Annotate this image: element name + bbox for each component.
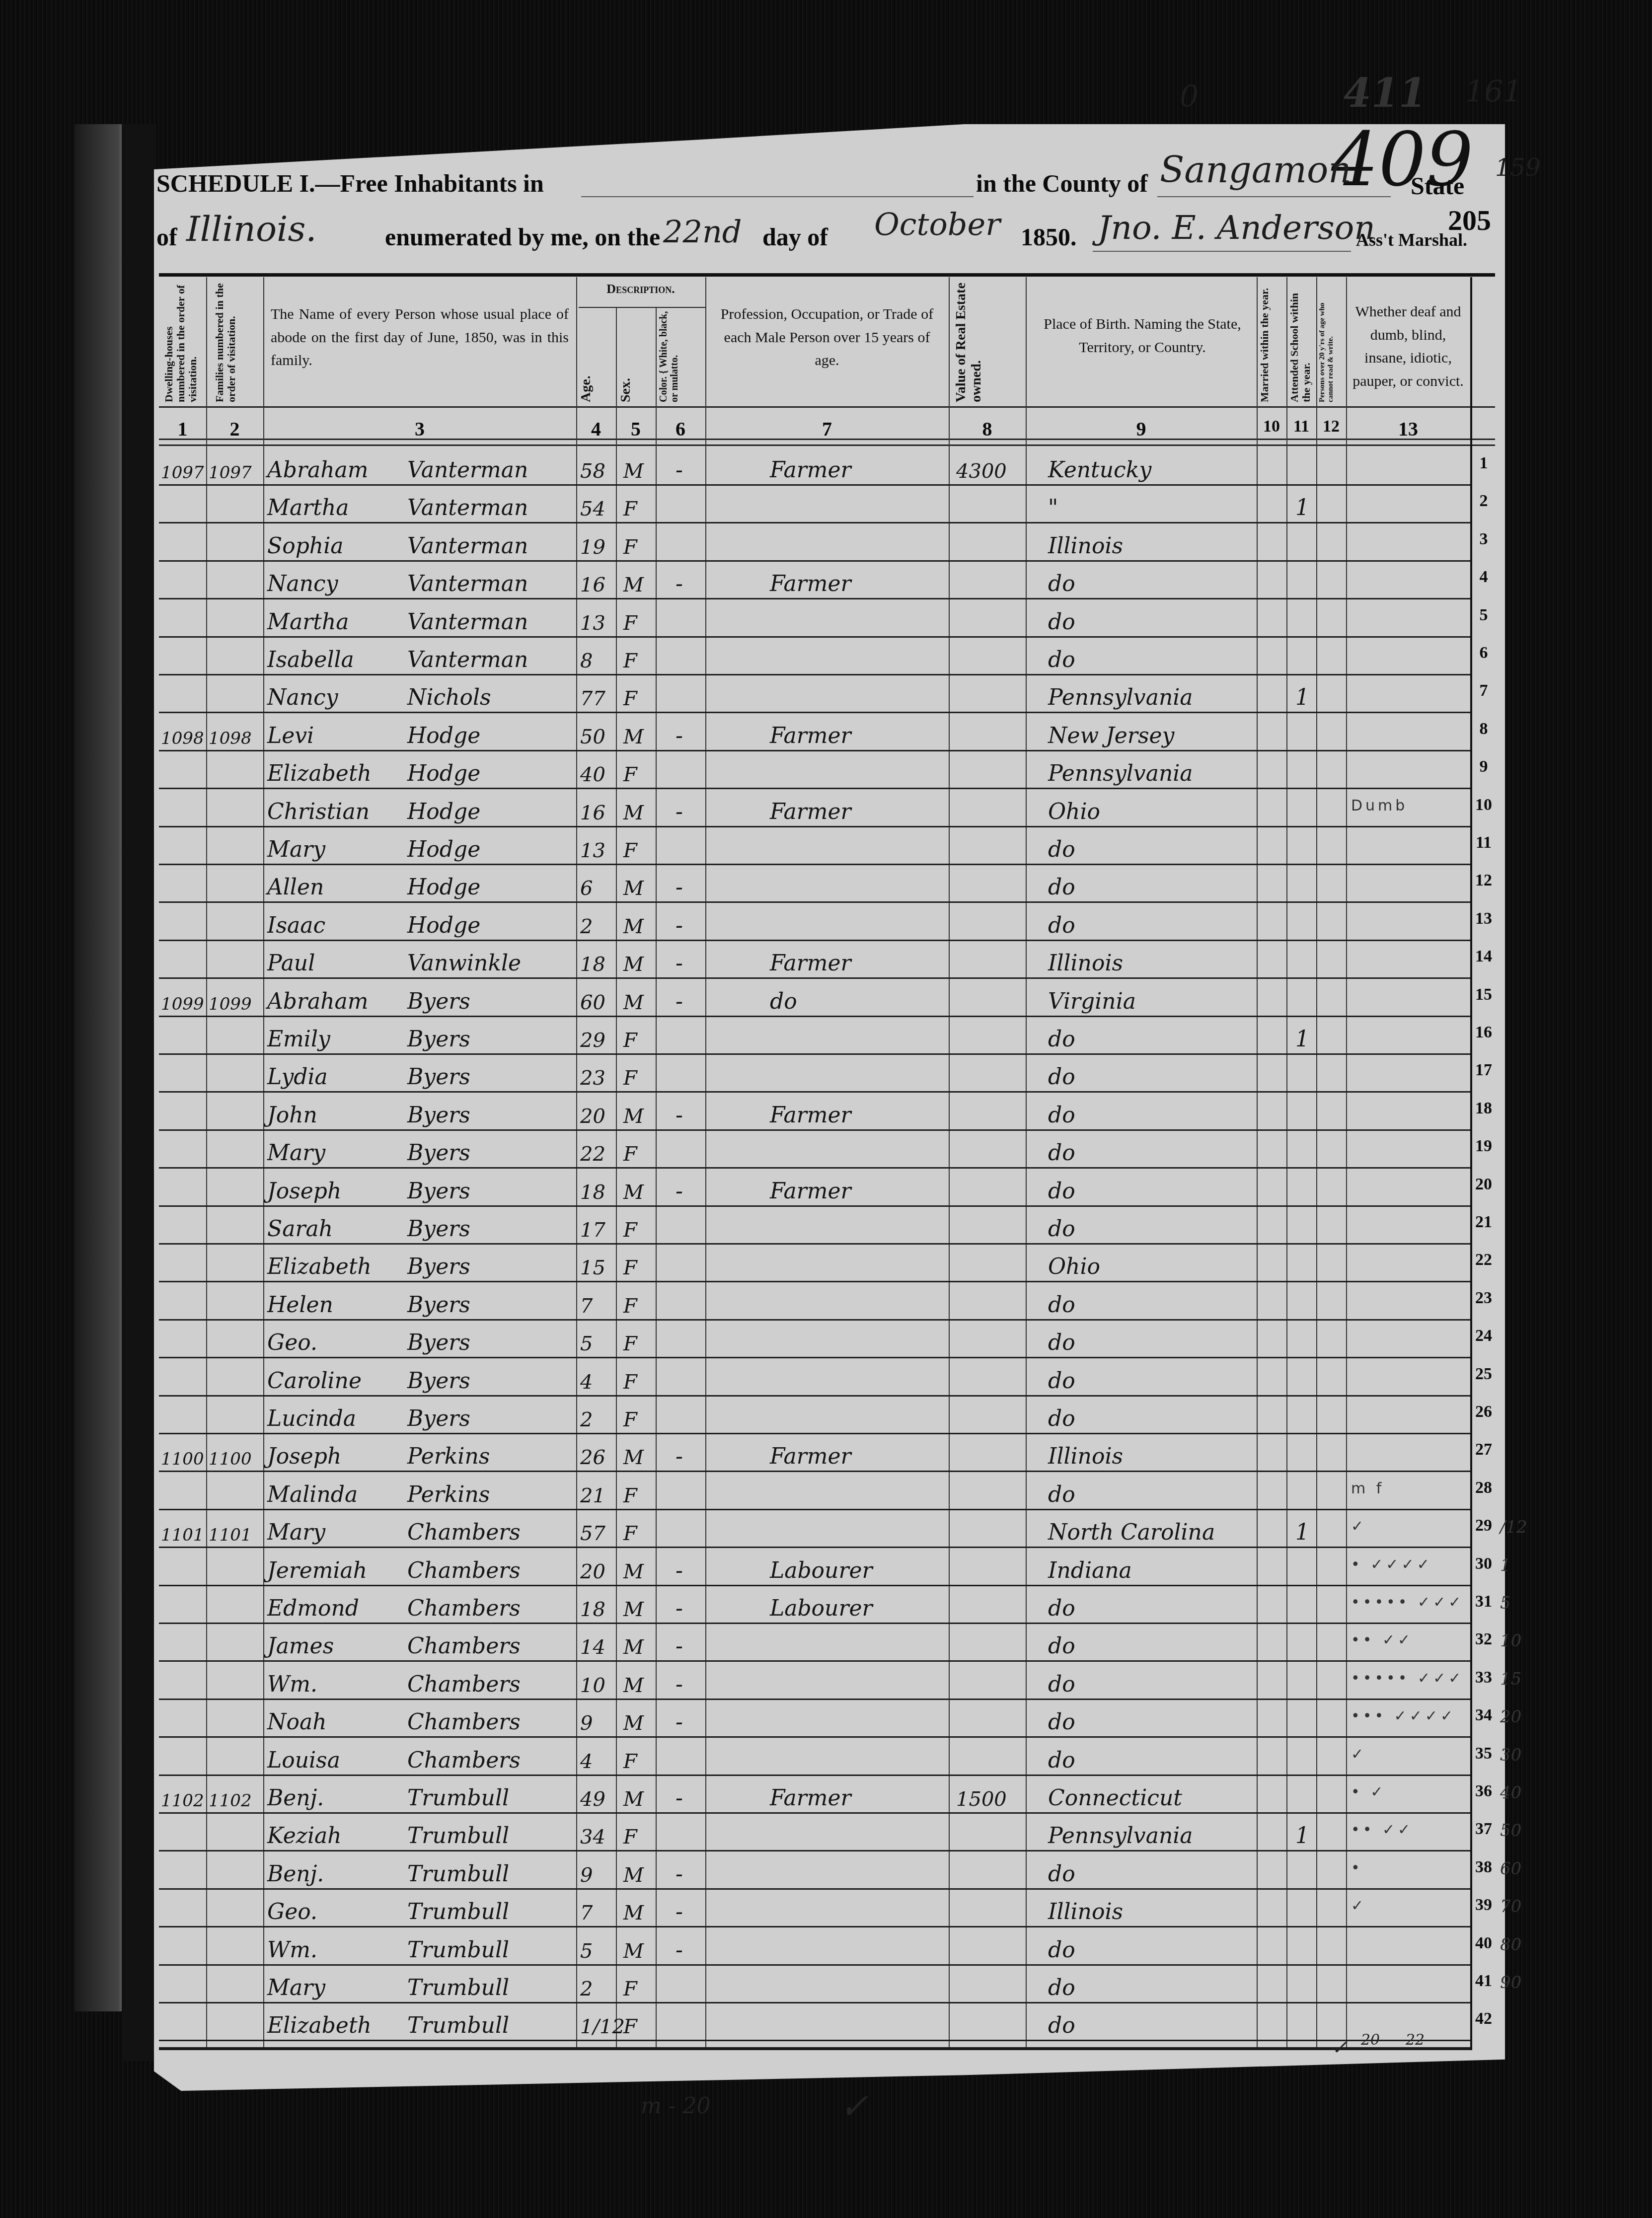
color: - (676, 457, 683, 483)
margin-tally: 30 (1500, 1745, 1521, 1765)
birthplace: do (1048, 1482, 1075, 1507)
color: - (676, 571, 683, 596)
sex: M (623, 915, 644, 938)
birthplace: Pennsylvania (1048, 1823, 1193, 1848)
school-mark: 1 (1295, 1027, 1309, 1052)
color: - (676, 1444, 683, 1469)
footer-checkmark: ✓ (839, 2086, 869, 2127)
occupation: Labourer (770, 1596, 873, 1621)
census-row: Elizabeth Byers 15 F Ohio 22 (159, 1245, 1495, 1282)
first-name: Mary (267, 837, 325, 862)
occupation: Farmer (770, 1444, 851, 1469)
age: 58 (580, 460, 605, 483)
faint-annotation: 0 (1180, 79, 1199, 114)
col-number: 6 (656, 417, 705, 441)
line-number: 31 (1471, 1592, 1496, 1611)
birthplace: do (1048, 1368, 1075, 1394)
surname: Chambers (407, 1672, 521, 1697)
surname: Byers (407, 1254, 470, 1279)
census-row: Mary Trumbull 2 F do 41 90 (159, 1966, 1495, 2003)
census-row: Isaac Hodge 2 M - do 13 (159, 903, 1495, 941)
color: - (676, 1672, 683, 1697)
first-name: Malinda (267, 1482, 358, 1507)
surname: Chambers (407, 1709, 521, 1735)
census-row: 1102 1102 Benj. Trumbull 49 M - Farmer 1… (159, 1776, 1495, 1814)
condition-entry: • ✓ (1351, 1783, 1386, 1801)
surname: Hodge (407, 837, 480, 862)
color: - (676, 951, 683, 976)
census-row: Helen Byers 7 F do 23 (159, 1283, 1495, 1321)
sex: F (623, 650, 637, 672)
family-number: 1100 (209, 1449, 252, 1469)
birthplace: do (1048, 1975, 1075, 2000)
line-number: 14 (1471, 947, 1496, 966)
census-row: Louisa Chambers 4 F do ✓ 35 30 (159, 1738, 1495, 1776)
surname: Vanterman (407, 609, 528, 635)
census-row: Allen Hodge 6 M - do 12 (159, 865, 1495, 903)
line-number: 19 (1471, 1137, 1496, 1156)
census-row: Joseph Byers 18 M - Farmer do 20 (159, 1169, 1495, 1207)
age: 49 (580, 1788, 605, 1811)
sex: M (623, 1560, 644, 1583)
first-name: Caroline (267, 1368, 362, 1394)
line-number: 40 (1471, 1934, 1496, 1953)
first-name: Benj. (267, 1861, 324, 1887)
census-row: Sophia Vanterman 19 F Illinois 3 (159, 524, 1495, 562)
of-label: of (156, 222, 177, 251)
line-number: 2 (1471, 492, 1496, 511)
sex: F (623, 839, 637, 862)
family-number: 1099 (209, 994, 252, 1014)
first-name: Nancy (267, 571, 338, 596)
surname: Trumbull (407, 1823, 509, 1848)
col-number: 13 (1346, 417, 1470, 441)
first-name: Mary (267, 1520, 325, 1545)
color: - (676, 1596, 683, 1621)
sex: M (623, 1105, 644, 1128)
birthplace: do (1048, 1406, 1075, 1431)
first-name: Sophia (267, 533, 343, 559)
birthplace: do (1048, 1179, 1075, 1204)
color: - (676, 1937, 683, 1963)
sex: M (623, 1674, 644, 1697)
age: 21 (580, 1484, 605, 1507)
first-name: Christian (267, 799, 370, 824)
surname: Trumbull (407, 1785, 509, 1811)
sex: M (623, 1712, 644, 1735)
occupation: do (770, 989, 797, 1014)
sex: M (623, 1598, 644, 1621)
color: - (676, 989, 683, 1014)
birthplace: Illinois (1048, 951, 1123, 976)
birthplace: do (1048, 571, 1075, 596)
age: 54 (580, 498, 605, 520)
birthplace: " (1048, 495, 1058, 520)
census-row: James Chambers 14 M - do •• ✓✓ 32 10 (159, 1624, 1495, 1662)
age: 4 (580, 1750, 593, 1773)
birthplace: New Jersey (1048, 723, 1174, 748)
census-row: Nancy Nichols 77 F Pennsylvania 1 7 (159, 675, 1495, 713)
census-row: Mary Byers 22 F do 19 (159, 1131, 1495, 1169)
sex: F (623, 612, 637, 635)
age: 29 (580, 1029, 605, 1052)
line-number: 33 (1471, 1668, 1496, 1687)
line-number: 32 (1471, 1630, 1496, 1649)
condition-entry: •• ✓✓ (1351, 1821, 1413, 1839)
age: 26 (580, 1446, 605, 1469)
surname: Chambers (407, 1520, 521, 1545)
age: 9 (580, 1712, 593, 1735)
first-name: Isaac (267, 913, 325, 938)
first-name: Martha (267, 495, 349, 520)
birthplace: do (1048, 2013, 1075, 2038)
surname: Hodge (407, 799, 480, 824)
margin-tally: 80 (1500, 1935, 1521, 1955)
surname: Chambers (407, 1596, 521, 1621)
col-header-birthplace: Place of Birth. Naming the State, Territ… (1033, 313, 1252, 359)
birthplace: Kentucky (1048, 457, 1151, 483)
binding-gutter (122, 124, 156, 2061)
enumerated-label: enumerated by me, on the (385, 222, 660, 251)
birthplace: Illinois (1048, 533, 1123, 559)
census-row: Sarah Byers 17 F do 21 (159, 1207, 1495, 1245)
family-number: 1102 (209, 1791, 252, 1811)
first-name: Lucinda (267, 1406, 356, 1431)
birthplace: Connecticut (1048, 1785, 1182, 1811)
birthplace: do (1048, 913, 1075, 938)
county-underline (1157, 196, 1391, 197)
condition-entry: ✓ (1351, 1897, 1366, 1915)
family-number: 1097 (209, 463, 252, 483)
col-header-occupation: Profession, Occupation, or Trade of each… (710, 303, 944, 372)
margin-tally: 60 (1500, 1859, 1521, 1879)
birthplace: do (1048, 875, 1075, 900)
surname: Hodge (407, 913, 480, 938)
margin-tally: 20 (1500, 1707, 1521, 1727)
age: 5 (580, 1332, 593, 1355)
col-header-illiterate: Persons over 20 y'rs of age who cannot r… (1318, 281, 1344, 402)
condition-entry: ••••• ✓✓✓ (1351, 1670, 1464, 1687)
description-group-header: Description. (576, 279, 705, 299)
line-number: 25 (1471, 1365, 1496, 1384)
line-number: 13 (1471, 909, 1496, 928)
line-number: 38 (1471, 1858, 1496, 1877)
birthplace: do (1048, 1292, 1075, 1318)
surname: Perkins (407, 1482, 490, 1507)
first-name: Wm. (267, 1672, 317, 1697)
birthplace: do (1048, 609, 1075, 635)
birthplace: do (1048, 1027, 1075, 1052)
census-row: Noah Chambers 9 M - do ••• ✓✓✓✓ 34 20 (159, 1700, 1495, 1738)
age: 15 (580, 1257, 605, 1279)
line-number: 5 (1471, 606, 1496, 625)
col-header-dwelling: Dwelling-houses numbered in the order of… (163, 283, 205, 402)
line-number: 1 (1471, 454, 1496, 473)
description-rule (579, 307, 705, 308)
surname: Chambers (407, 1633, 521, 1659)
footer-checkmark-right: ✓ (1331, 2036, 1348, 2059)
line-number: 10 (1471, 796, 1496, 814)
enumeration-day: 22nd (663, 214, 742, 250)
age: 4 (580, 1371, 593, 1394)
birthplace: North Carolina (1048, 1520, 1215, 1545)
census-row: Jeremiah Chambers 20 M - Labourer Indian… (159, 1549, 1495, 1586)
margin-tally: 10 (1500, 1631, 1521, 1651)
schedule-title: SCHEDULE I.—Free Inhabitants in (156, 169, 544, 198)
surname: Byers (407, 1179, 470, 1204)
margin-tally: 50 (1500, 1821, 1521, 1841)
age: 14 (580, 1636, 605, 1659)
line-number: 8 (1471, 720, 1496, 739)
enumeration-month: October (874, 206, 1000, 242)
sex: F (623, 763, 637, 786)
age: 23 (580, 1067, 605, 1090)
census-row: Malinda Perkins 21 F do m f 28 (159, 1473, 1495, 1510)
sex: F (623, 1143, 637, 1166)
sex: M (623, 1902, 644, 1924)
line-number: 4 (1471, 568, 1496, 587)
birthplace: do (1048, 647, 1075, 672)
sex: F (623, 1750, 637, 1773)
first-name: Elizabeth (267, 1254, 372, 1279)
county-label: in the County of (976, 169, 1148, 198)
enumeration-year: 1850. (1021, 222, 1077, 251)
age: 1/12 (580, 2015, 625, 2038)
col-header-family: Families numbered in the order of visita… (214, 283, 261, 402)
surname: Byers (407, 1292, 470, 1318)
birthplace: do (1048, 1330, 1075, 1355)
surname: Chambers (407, 1748, 521, 1773)
header-bottom-rule (159, 406, 1495, 408)
surname: Byers (407, 989, 470, 1014)
census-row: Keziah Trumbull 34 F Pennsylvania 1 •• ✓… (159, 1814, 1495, 1851)
col-number: 3 (263, 417, 576, 441)
first-name: John (267, 1103, 317, 1128)
first-name: Abraham (267, 989, 369, 1014)
census-row: Martha Vanterman 13 F do 5 (159, 600, 1495, 638)
footer-number-b: 22 (1406, 2031, 1425, 2049)
census-row: Benj. Trumbull 9 M - do • 38 60 (159, 1852, 1495, 1890)
surname: Hodge (407, 723, 480, 748)
color: - (676, 875, 683, 900)
dwelling-number: 1102 (161, 1791, 204, 1811)
school-mark: 1 (1295, 685, 1309, 710)
age: 13 (580, 839, 605, 862)
birthplace: do (1048, 1861, 1075, 1887)
condition-entry: •• ✓✓ (1351, 1631, 1413, 1649)
sex: M (623, 1446, 644, 1469)
sex: M (623, 726, 644, 748)
dwelling-number: 1099 (161, 994, 204, 1014)
sex: F (623, 1332, 637, 1355)
first-name: Levi (267, 723, 314, 748)
sex: F (623, 498, 637, 520)
col-number: 7 (705, 417, 949, 441)
surname: Byers (407, 1330, 470, 1355)
age: 34 (580, 1826, 605, 1848)
surname: Nichols (407, 685, 491, 710)
age: 60 (580, 991, 605, 1014)
real-estate-value: 4300 (956, 460, 1007, 483)
census-row: Nancy Vanterman 16 M - Farmer do 4 (159, 562, 1495, 599)
sex: F (623, 1978, 637, 2000)
first-name: Noah (267, 1709, 327, 1735)
age: 13 (580, 612, 605, 635)
surname: Byers (407, 1368, 470, 1394)
stamp-small-number: 161 (1465, 74, 1522, 109)
sex: F (623, 1826, 637, 1848)
first-name: Mary (267, 1140, 325, 1166)
marshal-underline (1093, 251, 1351, 252)
line-number: 36 (1471, 1782, 1496, 1801)
census-row: 1097 1097 Abraham Vanterman 58 M - Farme… (159, 448, 1495, 486)
surname: Hodge (407, 761, 480, 786)
color: - (676, 1899, 683, 1924)
col-number: 10 (1257, 417, 1286, 436)
line-number: 22 (1471, 1251, 1496, 1269)
surname: Vanterman (407, 647, 528, 672)
table-bottom-rule (159, 2047, 1470, 2050)
line-number: 9 (1471, 757, 1496, 776)
sex: F (623, 687, 637, 710)
census-row: Geo. Trumbull 7 M - Illinois ✓ 39 70 (159, 1890, 1495, 1927)
census-row: Wm. Trumbull 5 M - do 40 80 (159, 1928, 1495, 1966)
footer-number-a: 20 (1361, 2031, 1380, 2049)
census-row: Martha Vanterman 54 F " 1 2 (159, 486, 1495, 523)
occupation: Farmer (770, 1103, 851, 1128)
colnum-bottom-rule-2 (159, 444, 1495, 446)
state-value: Illinois. (186, 209, 317, 249)
col-header-age: Age. (579, 328, 613, 402)
sex: F (623, 1295, 637, 1318)
sex: F (623, 2015, 637, 2038)
age: 19 (580, 536, 605, 559)
surname: Trumbull (407, 2013, 509, 2038)
sex: M (623, 1636, 644, 1659)
color: - (676, 1785, 683, 1811)
age: 18 (580, 1598, 605, 1621)
first-name: Geo. (267, 1330, 317, 1355)
birthplace: do (1048, 1672, 1075, 1697)
age: 18 (580, 953, 605, 976)
sex: F (623, 1029, 637, 1052)
birthplace: do (1048, 1596, 1075, 1621)
census-row: 1098 1098 Levi Hodge 50 M - Farmer New J… (159, 714, 1495, 751)
occupation: Farmer (770, 799, 851, 824)
surname: Byers (407, 1406, 470, 1431)
first-name: Nancy (267, 685, 338, 710)
census-row: Lucinda Byers 2 F do 26 (159, 1397, 1495, 1434)
surname: Byers (407, 1140, 470, 1166)
surname: Byers (407, 1064, 470, 1090)
occupation: Farmer (770, 1179, 851, 1204)
sex: M (623, 1864, 644, 1887)
col-number: 5 (616, 417, 656, 441)
stamp-number: 411 (1344, 70, 1427, 116)
age: 7 (580, 1902, 593, 1924)
surname: Trumbull (407, 1937, 509, 1963)
occupation: Farmer (770, 457, 851, 483)
birthplace: do (1048, 837, 1075, 862)
age: 8 (580, 650, 593, 672)
school-mark: 1 (1295, 1520, 1309, 1545)
birthplace: do (1048, 1937, 1075, 1963)
family-number: 1101 (209, 1525, 252, 1545)
sex: F (623, 1219, 637, 1242)
color: - (676, 799, 683, 824)
sex: F (623, 1484, 637, 1507)
surname: Byers (407, 1027, 470, 1052)
col-header-color: Color. { White, black, or mulatto. (658, 310, 703, 402)
census-row: Isabella Vanterman 8 F do 6 (159, 638, 1495, 675)
state-label: State (1411, 171, 1464, 200)
day-of-label: day of (762, 222, 828, 251)
census-row: Lydia Byers 23 F do 17 (159, 1055, 1495, 1093)
dwelling-number: 1101 (161, 1525, 204, 1545)
sex: M (623, 574, 644, 596)
census-row: Geo. Byers 5 F do 24 (159, 1321, 1495, 1358)
condition-entry: • (1351, 1859, 1363, 1877)
line-number: 24 (1471, 1327, 1496, 1345)
surname: Vanterman (407, 457, 528, 483)
birthplace: do (1048, 1064, 1075, 1090)
condition-entry: ••••• ✓✓✓ (1351, 1594, 1464, 1611)
birthplace: Virginia (1048, 989, 1136, 1014)
line-number: 41 (1471, 1972, 1496, 1991)
birthplace: do (1048, 1633, 1075, 1659)
census-row: Christian Hodge 16 M - Farmer Ohio Dumb … (159, 790, 1495, 827)
sex: F (623, 1408, 637, 1431)
surname: Byers (407, 1103, 470, 1128)
col-header-condition: Whether deaf and dumb, blind, insane, id… (1349, 300, 1468, 393)
margin-tally: 40 (1500, 1783, 1521, 1803)
surname: Trumbull (407, 1975, 509, 2000)
line-number: 39 (1471, 1896, 1496, 1915)
age: 6 (580, 877, 593, 900)
sex: F (623, 1257, 637, 1279)
line-number: 35 (1471, 1744, 1496, 1763)
age: 2 (580, 1408, 593, 1431)
line-number: 15 (1471, 985, 1496, 1004)
birthplace: Illinois (1048, 1899, 1123, 1924)
col-number: 1 (159, 417, 206, 441)
surname: Trumbull (407, 1899, 509, 1924)
census-row: 1099 1099 Abraham Byers 60 M - do Virgin… (159, 979, 1495, 1017)
family-number: 1098 (209, 729, 252, 748)
first-name: Emily (267, 1027, 330, 1052)
sex: F (623, 1067, 637, 1090)
sex: M (623, 953, 644, 976)
age: 40 (580, 763, 605, 786)
table-top-rule (159, 273, 1495, 277)
line-number: 11 (1471, 833, 1496, 852)
age: 9 (580, 1864, 593, 1887)
first-name: Helen (267, 1292, 333, 1318)
col-number: 8 (949, 417, 1026, 441)
surname: Trumbull (407, 1861, 509, 1887)
line-number: 26 (1471, 1403, 1496, 1421)
age: 16 (580, 574, 605, 596)
age: 22 (580, 1143, 605, 1166)
age: 20 (580, 1560, 605, 1583)
line-number: 27 (1471, 1440, 1496, 1459)
col-number: 9 (1026, 417, 1257, 441)
first-name: Elizabeth (267, 2013, 372, 2038)
margin-number: 159 (1495, 154, 1541, 182)
col-header-sex: Sex. (618, 328, 653, 402)
census-row: 1100 1100 Joseph Perkins 26 M - Farmer I… (159, 1434, 1495, 1472)
age: 16 (580, 802, 605, 824)
